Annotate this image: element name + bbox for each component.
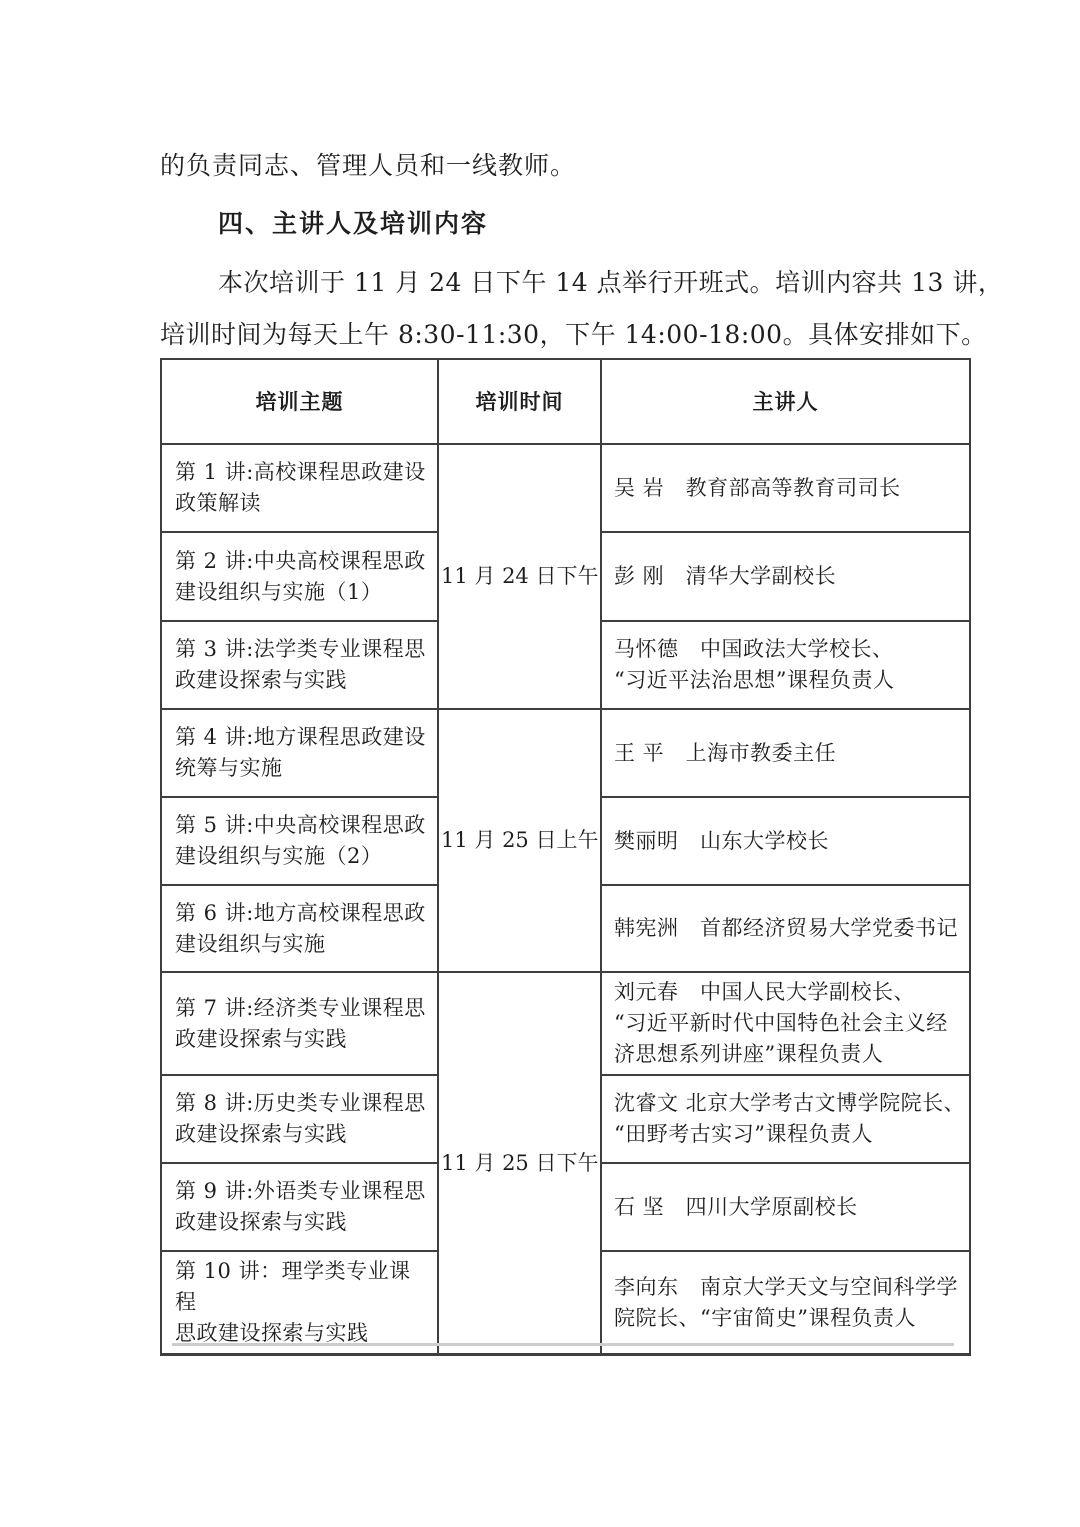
table-row: 第 4 讲:地方课程思政建设 统筹与实施 11 月 25 日上午 王 平 上海市… [161,709,970,797]
table-header-row: 培训主题 培训时间 主讲人 [161,359,970,444]
topic-cell: 第 4 讲:地方课程思政建设 统筹与实施 [161,709,438,797]
time-cell: 11 月 25 日下午 [438,972,601,1355]
speaker-cell: 王 平 上海市教委主任 [601,709,970,797]
intro-paragraph-line-1: 本次培训于 11 月 24 日下午 14 点举行开班式。培训内容共 13 讲， [218,263,1003,299]
speaker-cell: 石 坚 四川大学原副校长 [601,1163,970,1251]
time-cell: 11 月 25 日上午 [438,709,601,972]
speaker-cell: 樊丽明 山东大学校长 [601,797,970,885]
speaker-cell: 彭 刚 清华大学副校长 [601,532,970,621]
table-row: 第 7 讲:经济类专业课程思 政建设探索与实践 11 月 25 日下午 刘元春 … [161,972,970,1075]
speaker-cell: 沈睿文 北京大学考古文博学院院长、 “田野考古实习”课程负责人 [601,1075,970,1163]
time-cell: 11 月 24 日下午 [438,444,601,709]
topic-cell: 第 9 讲:外语类专业课程思 政建设探索与实践 [161,1163,438,1251]
leading-paragraph-line: 的负责同志、管理人员和一线教师。 [160,146,576,182]
section-heading: 四、主讲人及培训内容 [218,204,488,240]
training-schedule-table: 培训主题 培训时间 主讲人 第 1 讲:高校课程思政建设 政策解读 11 月 2… [160,358,971,1356]
header-speaker: 主讲人 [601,359,970,444]
document-page: 的负责同志、管理人员和一线教师。 四、主讲人及培训内容 本次培训于 11 月 2… [0,0,1080,1527]
header-topic: 培训主题 [161,359,438,444]
speaker-cell: 刘元春 中国人民大学副校长、 “习近平新时代中国特色社会主义经 济思想系列讲座”… [601,972,970,1075]
topic-cell: 第 2 讲:中央高校课程思政 建设组织与实施（1） [161,532,438,621]
speaker-cell: 吴 岩 教育部高等教育司司长 [601,444,970,532]
topic-cell: 第 1 讲:高校课程思政建设 政策解读 [161,444,438,532]
speaker-cell: 李向东 南京大学天文与空间科学学 院院长、“宇宙简史”课程负责人 [601,1251,970,1355]
speaker-cell: 马怀德 中国政法大学校长、 “习近平法治思想”课程负责人 [601,621,970,709]
speaker-cell: 韩宪洲 首都经济贸易大学党委书记 [601,885,970,972]
topic-cell: 第 7 讲:经济类专业课程思 政建设探索与实践 [161,972,438,1075]
intro-paragraph-line-2: 培训时间为每天上午 8:30-11:30，下午 14:00-18:00。具体安排… [160,315,987,351]
topic-cell: 第 3 讲:法学类专业课程思 政建设探索与实践 [161,621,438,709]
topic-cell: 第 8 讲:历史类专业课程思 政建设探索与实践 [161,1075,438,1163]
table-row: 第 1 讲:高校课程思政建设 政策解读 11 月 24 日下午 吴 岩 教育部高… [161,444,970,532]
header-time: 培训时间 [438,359,601,444]
table-bottom-scan-shadow [172,1343,954,1346]
topic-cell: 第 6 讲:地方高校课程思政 建设组织与实施 [161,885,438,972]
topic-cell: 第 5 讲:中央高校课程思政 建设组织与实施（2） [161,797,438,885]
topic-cell: 第 10 讲：理学类专业课程 思政建设探索与实践 [161,1251,438,1355]
